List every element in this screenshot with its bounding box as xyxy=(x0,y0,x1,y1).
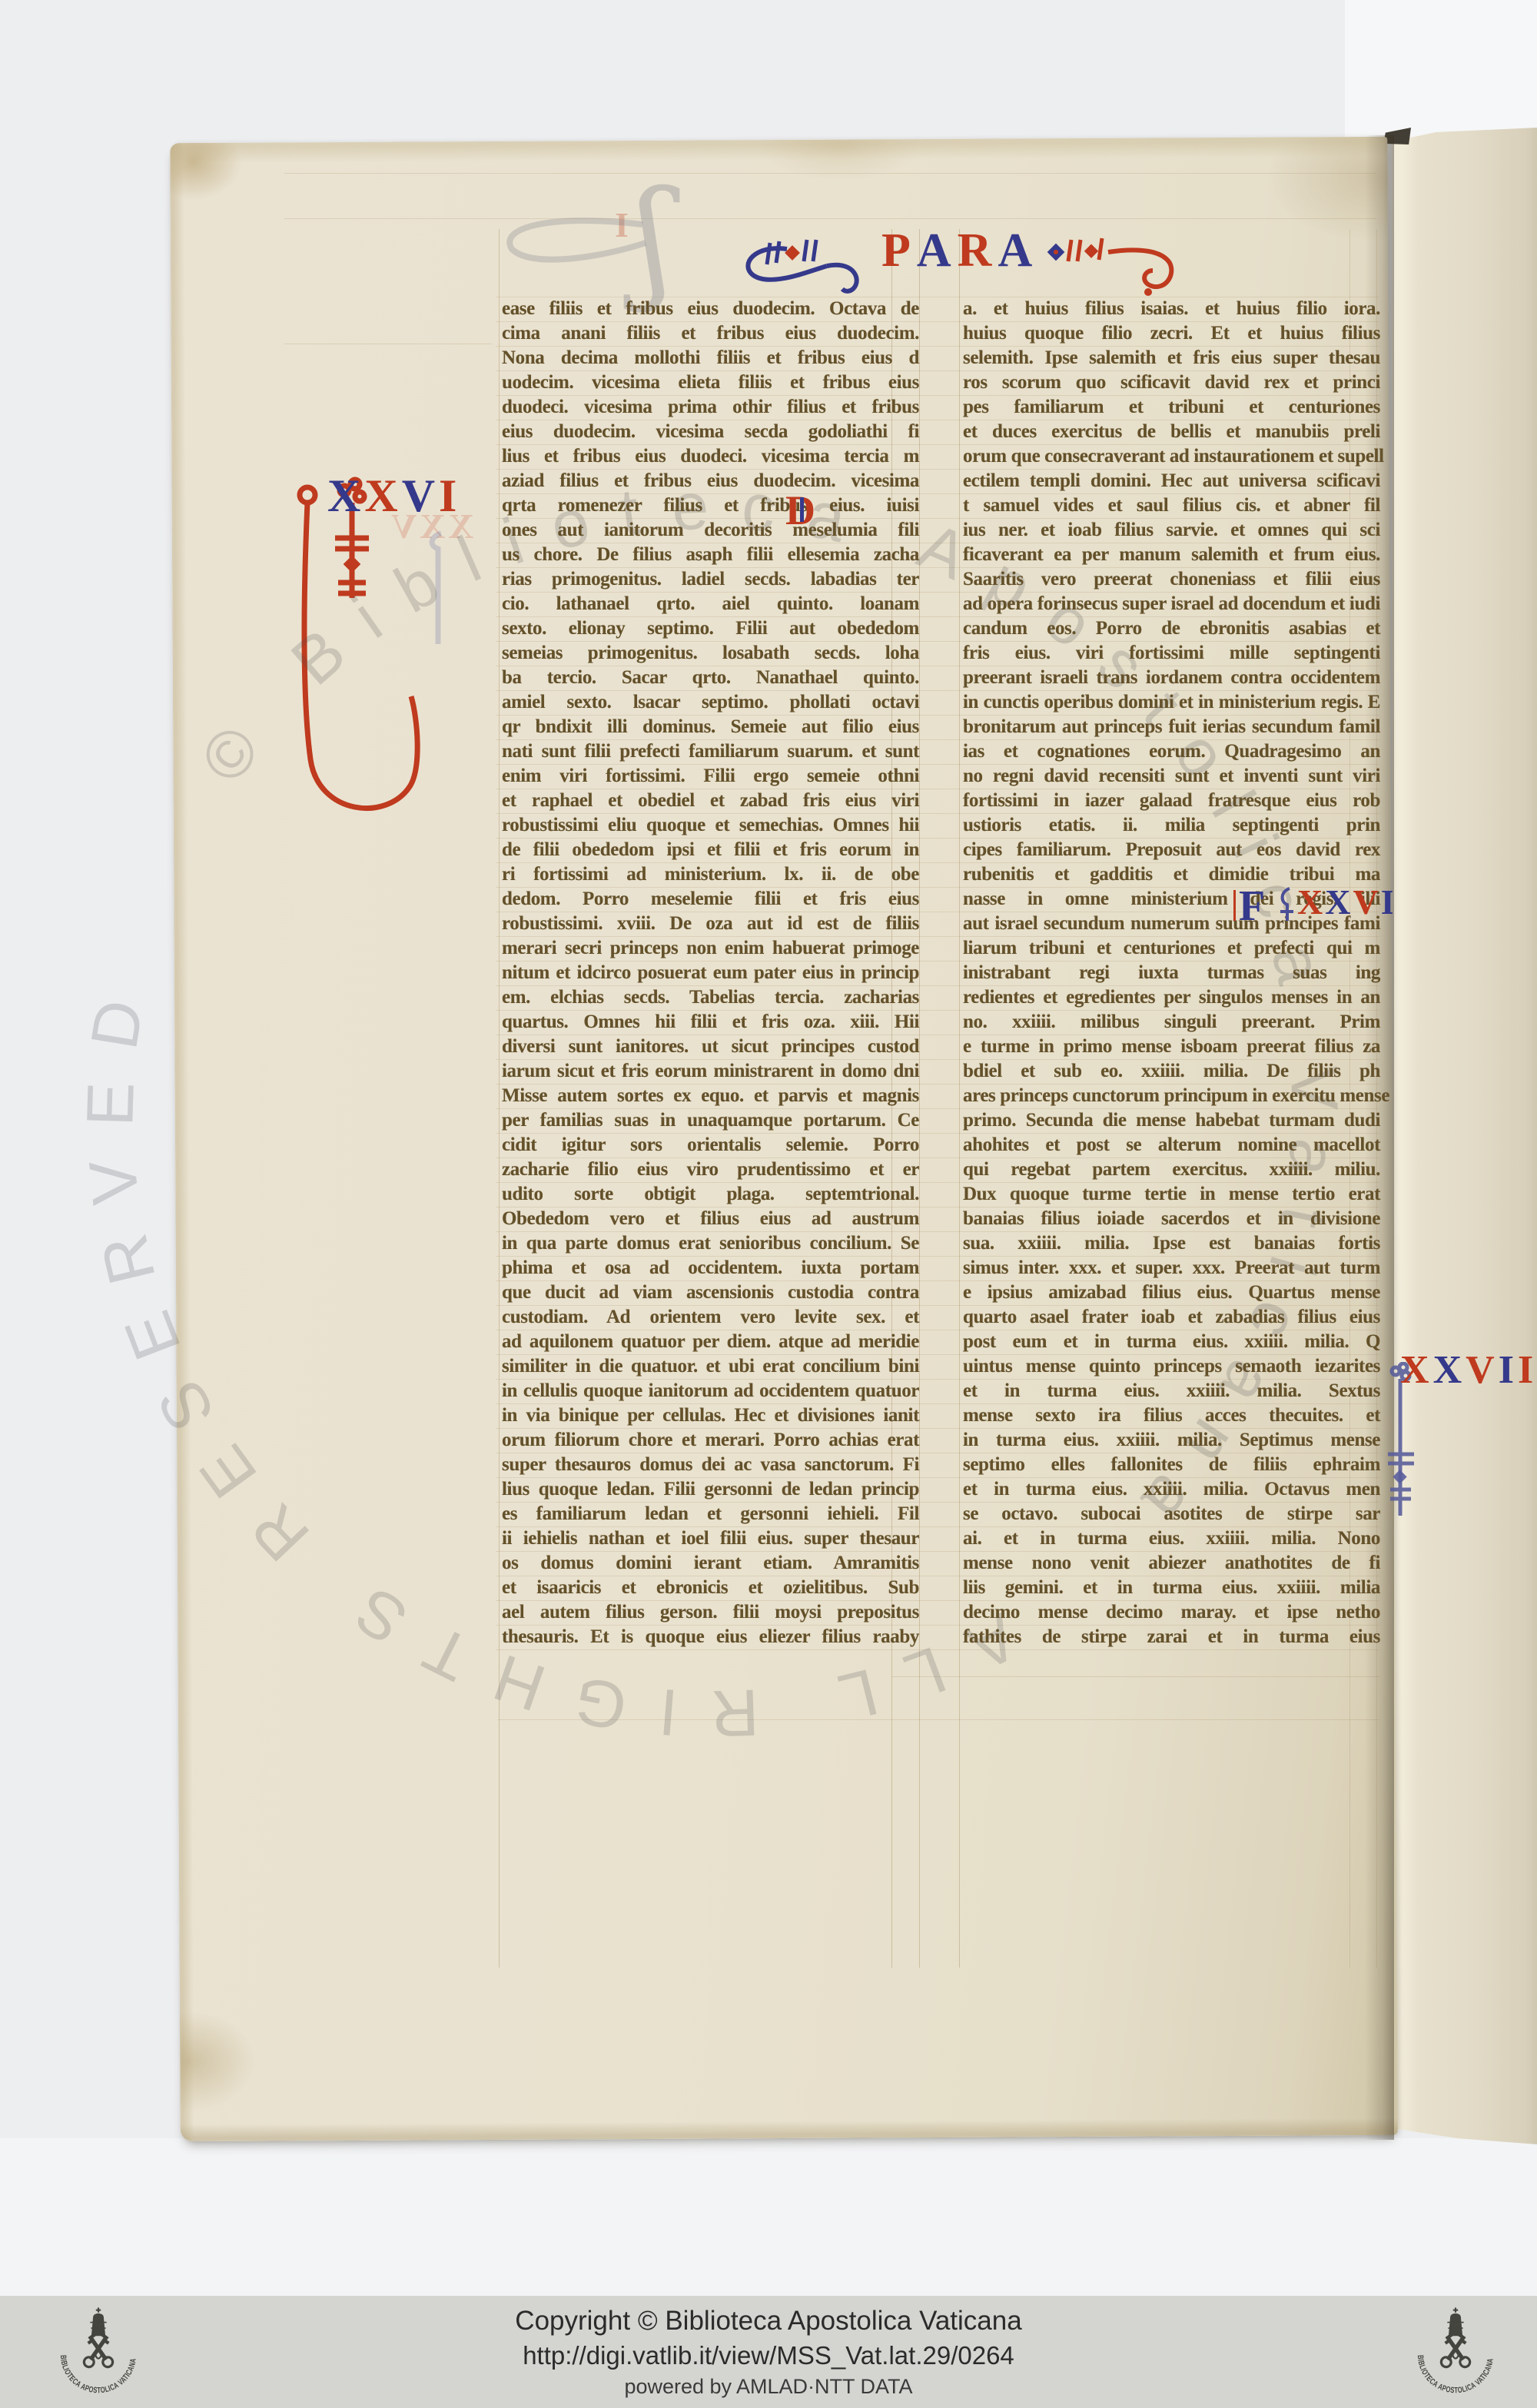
manuscript-line: liarum tribuni et centuriones et prefect… xyxy=(963,936,1380,961)
manuscript-line: e turme in primo mense isboam preerat fi… xyxy=(963,1035,1380,1059)
manuscript-line: us chore. De filius asaph filii ellesemi… xyxy=(502,543,919,567)
numeral-letter: V xyxy=(1466,1348,1496,1393)
numeral-letter: X xyxy=(1433,1348,1464,1393)
manuscript-line: iarum sicut et fris eorum ministrarent i… xyxy=(502,1059,919,1084)
manuscript-line: sua. xxiiii. milia. Ipse est banaias for… xyxy=(963,1231,1380,1256)
numeral-letter: I xyxy=(1381,882,1393,922)
chapter-marker-xxvii: XXVII xyxy=(1297,882,1393,922)
manuscript-line: ficaverant ea per manum salemith et frum… xyxy=(963,543,1380,567)
chapter-initial-f: F xyxy=(1239,884,1265,928)
manuscript-line: merari secri princeps non enim habuerat … xyxy=(502,936,919,961)
manuscript-line: custodiam. Ad orientem vero levite sex. … xyxy=(502,1305,919,1330)
manuscript-line: ad aquilonem quatuor per diem. atque ad … xyxy=(502,1330,919,1354)
manuscript-line: mense sexto ira filius acces thecuites. … xyxy=(963,1403,1380,1428)
initial-pen-flourish xyxy=(800,497,804,522)
bav-logo-left xyxy=(49,2303,148,2401)
manuscript-line: preerant israeli trans iordanem contra o… xyxy=(963,666,1380,690)
manuscript-line: ustioris etatis. ii. milia septingenti p… xyxy=(963,813,1380,838)
numeral-letter: X xyxy=(364,469,399,523)
manuscript-line: ares princeps cunctorum principum in exe… xyxy=(963,1084,1380,1108)
manuscript-line: post eum et in turma eius. xxiiii. milia… xyxy=(963,1330,1380,1354)
manuscript-line: huius quoque filio zecri. Et et huius fi… xyxy=(963,321,1380,346)
manuscript-line: nati sunt filii prefecti familiarum suar… xyxy=(502,739,919,764)
manuscript-line: udito sorte obtigit plaga. septemtrional… xyxy=(502,1182,919,1207)
manuscript-line: selemith. Ipse salemith et fris eius sup… xyxy=(963,346,1380,370)
manuscript-line: redientes et egredientes per singulos me… xyxy=(963,985,1380,1010)
manuscript-line: septimo elles fallonites de filiis ephra… xyxy=(963,1453,1380,1477)
manuscript-line: banaias filius ioiade sacerdos et in div… xyxy=(963,1207,1380,1231)
manuscript-line: lius et fribus eius duodeci. vicesima te… xyxy=(502,444,919,469)
manuscript-line: no regni david recensiti sunt et inventi… xyxy=(963,764,1380,789)
manuscript-line: candum eos. Porro de ebronitis asabias e… xyxy=(963,616,1380,641)
manuscript-line: ias et cognationes eorum. Quadragesimo a… xyxy=(963,739,1380,764)
digitized-manuscript-viewer: XXV ʃ I PARA xyxy=(0,0,1537,2408)
chapter-marker-xxvi: XXVI xyxy=(327,469,458,523)
manuscript-column-right: a. et huius filius isaias. et huius fili… xyxy=(963,297,1380,1649)
manuscript-line: bdiel et sub eo. xxiiii. milia. De filii… xyxy=(963,1059,1380,1084)
manuscript-line: et in turma eius. xxiiii. milia. Sextus xyxy=(963,1379,1380,1403)
manuscript-line: uintus mense quinto princeps semaoth iez… xyxy=(963,1354,1380,1379)
manuscript-line: es familiarum ledan et gersonni iehieli.… xyxy=(502,1502,919,1526)
manuscript-line: ease filiis et fribus eius duodecim. Oct… xyxy=(502,297,919,321)
manuscript-line: e ipsius amizabad filius eius. Quartus m… xyxy=(963,1280,1380,1305)
copyright-text: Copyright © Biblioteca Apostolica Vatica… xyxy=(515,2306,1021,2337)
manuscript-line: pes familiarum et tribuni et centuriones xyxy=(963,395,1380,420)
manuscript-line: et isaaricis et ebronicis et ozielitibus… xyxy=(502,1576,919,1600)
manuscript-line: et in turma eius. xxiiii. milia. Octavus… xyxy=(963,1477,1380,1502)
manuscript-line: Misse autem sortes ex equo. et parvis et… xyxy=(502,1084,919,1108)
photo-background-top-right xyxy=(1345,0,1537,142)
paraph-icon-red xyxy=(294,467,455,844)
manuscript-line: orum filiorum chore et merari. Porro ach… xyxy=(502,1428,919,1453)
manuscript-line: cipes familiarum. Preposuit aut eos davi… xyxy=(963,838,1380,862)
manuscript-line: cio. lathanael qrto. aiel quinto. loanam xyxy=(502,592,919,616)
manuscript-line: amiel sexto. lsacar septimo. phollati oc… xyxy=(502,690,919,715)
manuscript-line: decimo mense decimo maray. et ipse netho xyxy=(963,1600,1380,1625)
margin-rule xyxy=(891,1676,1379,1677)
manuscript-line: quarto asael frater ioab et zabadias fil… xyxy=(963,1305,1380,1330)
margin-rule xyxy=(284,173,1376,174)
manuscript-line: in turma eius. xxiiii. milia. Septimus m… xyxy=(963,1428,1380,1453)
numeral-letter: X xyxy=(327,469,362,523)
source-url: http://digi.vatlib.it/view/MSS_Vat.lat.2… xyxy=(523,2341,1014,2370)
manuscript-line: t samuel vides et saul filius cis. et ab… xyxy=(963,493,1380,518)
manuscript-line: cidit igitur sors orientalis selemie. Po… xyxy=(502,1133,919,1158)
manuscript-line: in via binique per cellulas. Hec et divi… xyxy=(502,1403,919,1428)
manuscript-line: Nona decima mollothi filiis et fribus ei… xyxy=(502,346,919,370)
manuscript-line: qrta romenezer filius et fribus eius. iu… xyxy=(502,493,919,518)
manuscript-line: similiter in die quatuor. et ubi erat co… xyxy=(502,1354,919,1379)
manuscript-line: aziad filius et fribus eius duodecim. vi… xyxy=(502,469,919,493)
manuscript-line: liis gemini. et in turma eius. xxiiii. m… xyxy=(963,1576,1380,1600)
numeral-letter: R xyxy=(958,221,992,280)
manuscript-line: ahohites et post se alterum nomine macel… xyxy=(963,1133,1380,1158)
manuscript-line: in cunctis operibus domini et in ministe… xyxy=(963,690,1380,715)
manuscript-line: ri fortissimi ad ministerium. lx. ii. de… xyxy=(502,862,919,887)
manuscript-line: ectilem templi domini. Hec aut universa … xyxy=(963,469,1380,493)
manuscript-line: orum que consecraverant ad instauratione… xyxy=(963,444,1380,469)
numeral-letter: V xyxy=(402,469,437,523)
manuscript-line: ba tercio. Sacar qrto. Nanathael quinto. xyxy=(502,666,919,690)
manuscript-line: dedom. Porro meselemie filii et fris eiu… xyxy=(502,887,919,912)
manuscript-line: rias primogenitus. ladiel secds. labadia… xyxy=(502,567,919,592)
manuscript-line: duodeci. vicesima prima othir filius et … xyxy=(502,395,919,420)
manuscript-column-left: ease filiis et fribus eius duodecim. Oct… xyxy=(502,297,919,1649)
margin-rule xyxy=(284,344,492,344)
manuscript-line: uodecim. vicesima elieta filiis et fribu… xyxy=(502,370,919,395)
manuscript-line: os domus domini ierant etiam. Amramitis xyxy=(502,1551,919,1576)
manuscript-line: Saaritis vero preerat choneniass et fili… xyxy=(963,567,1380,592)
next-folio-edge xyxy=(1393,128,1537,2144)
numeral-letter: X xyxy=(1325,882,1350,922)
chapter-marker-xxviii: XXVIII xyxy=(1400,1348,1537,1393)
numeral-letter: X xyxy=(1400,1348,1431,1393)
manuscript-line: qui regebat partem exercitus. xxiiii. mi… xyxy=(963,1158,1380,1182)
numeral-letter: I xyxy=(439,469,458,523)
manuscript-line: primo. Secunda die mense habebat turmam … xyxy=(963,1108,1380,1133)
manuscript-line: thesauris. Et is quoque eius eliezer fil… xyxy=(502,1625,919,1649)
chapter-initial-d: D xyxy=(785,489,815,532)
manuscript-line: Obededom vero et filius eius ad austrum xyxy=(502,1207,919,1231)
numeral-letter: X xyxy=(1297,882,1323,922)
bav-logo-right xyxy=(1406,2303,1505,2401)
column-rule xyxy=(919,229,920,1968)
manuscript-line: super thesauros domus dei ac vasa sancto… xyxy=(502,1453,919,1477)
manuscript-line: lius quoque ledan. Filii gersonni de led… xyxy=(502,1477,919,1502)
manuscript-line: em. elchias secds. Tabelias tercia. zach… xyxy=(502,985,919,1010)
manuscript-line: eius duodecim. vicesima secda godoliathi… xyxy=(502,420,919,444)
manuscript-line: enim viri fortissimi. Filii ergo semeie … xyxy=(502,764,919,789)
manuscript-line: robustissimi. xviii. De oza aut id est d… xyxy=(502,912,919,936)
manuscript-line: fathites de stirpe zarai et in turma eiu… xyxy=(963,1625,1380,1649)
manuscript-line: Dux quoque turme tertie in mense tertio … xyxy=(963,1182,1380,1207)
manuscript-line: diversi sunt ianitores. ut sicut princip… xyxy=(502,1035,919,1059)
manuscript-line: quartus. Omnes hii filii et fris oza. xi… xyxy=(502,1010,919,1035)
numeral-letter: V xyxy=(1353,882,1378,922)
manuscript-line: ad opera forinsecus super israel ad doce… xyxy=(963,592,1380,616)
manuscript-line: et duces exercitus de bellis et manubiis… xyxy=(963,420,1380,444)
manuscript-line: ros scorum quo scificavit david rex et p… xyxy=(963,370,1380,395)
column-rule xyxy=(959,229,960,1968)
manuscript-line: bronitarum aut princeps fuit ierias secu… xyxy=(963,715,1380,739)
header-flourish-right xyxy=(1044,231,1182,301)
manuscript-line: mense nono venit abiezer anathotites de … xyxy=(963,1551,1380,1576)
manuscript-line: semeias primogenitus. losabath secds. lo… xyxy=(502,641,919,666)
numeral-letter: I xyxy=(1518,1348,1535,1393)
manuscript-line: sexto. elionay septimo. Filii aut obeded… xyxy=(502,616,919,641)
margin-rule xyxy=(284,218,1376,219)
photo-background-lower xyxy=(0,2138,1537,2296)
manuscript-line: de filii obededom ipsi et filii et fris … xyxy=(502,838,919,862)
manuscript-line: ones aut ianitorum decoritis meselumia f… xyxy=(502,518,919,543)
manuscript-line: ii iehielis nathan et ioel filii eius. s… xyxy=(502,1526,919,1551)
manuscript-line: fris eius. viri fortissimi mille septing… xyxy=(963,641,1380,666)
manuscript-line: phima et osa ad occidentem. iuxta portam xyxy=(502,1256,919,1280)
running-header-title: PARA xyxy=(881,221,1032,280)
margin-rule xyxy=(498,1719,1379,1720)
manuscript-line: simus inter. xxx. et super. xxx. Preerat… xyxy=(963,1256,1380,1280)
manuscript-line: ael autem filius gerson. filii moysi pre… xyxy=(502,1600,919,1625)
manuscript-line: zacharie filio eius viro prudentissimo e… xyxy=(502,1158,919,1182)
manuscript-line: per familias suas in unaquamque portarum… xyxy=(502,1108,919,1133)
manuscript-line: que ducit ad viam ascensionis custodia c… xyxy=(502,1280,919,1305)
manuscript-line: fortissimi in iazer galaad fratresque ei… xyxy=(963,789,1380,813)
manuscript-line: in cellulis quoque ianitorum ad occident… xyxy=(502,1379,919,1403)
footer-bar: Copyright © Biblioteca Apostolica Vatica… xyxy=(0,2296,1537,2408)
header-flourish-left xyxy=(736,231,884,301)
manuscript-line: no. xxiiii. milibus singuli preerant. Pr… xyxy=(963,1010,1380,1035)
numeral-letter: I xyxy=(1499,1348,1515,1393)
paraph-icon-small-blue xyxy=(1277,884,1296,927)
footer-texts: Copyright © Biblioteca Apostolica Vatica… xyxy=(0,2296,1537,2408)
manuscript-line: a. et huius filius isaias. et huius fili… xyxy=(963,297,1380,321)
numeral-letter: A xyxy=(998,221,1032,280)
numeral-letter: A xyxy=(917,221,951,280)
manuscript-line: qr bndixit illi dominus. Semeie aut fili… xyxy=(502,715,919,739)
manuscript-line: et raphael et obediel et zabad fris eius… xyxy=(502,789,919,813)
numeral-letter: P xyxy=(881,221,911,280)
manuscript-line: cima anani filiis et fribus eius duodeci… xyxy=(502,321,919,346)
manuscript-line: nitum et idcirco posuerat eum pater eius… xyxy=(502,961,919,985)
initial-glyph: F xyxy=(1239,882,1265,930)
manuscript-line: in qua parte domus erat senioribus conci… xyxy=(502,1231,919,1256)
manuscript-line: ius ner. et ioab filius sarvie. et omnes… xyxy=(963,518,1380,543)
powered-by-text: powered by AMLAD·NTT DATA xyxy=(624,2375,912,2399)
manuscript-line: ai. et in turma eius. xxiiii. milia. Non… xyxy=(963,1526,1380,1551)
initial-pen-flourish xyxy=(1233,890,1236,921)
manuscript-line: se octavo. subocai asotites de stirpe sa… xyxy=(963,1502,1380,1526)
column-rule xyxy=(499,229,500,1968)
manuscript-line: robustissimi eliu quoque et semechias. O… xyxy=(502,813,919,838)
manuscript-line: inistrabant regi iuxta turmas suas ing xyxy=(963,961,1380,985)
